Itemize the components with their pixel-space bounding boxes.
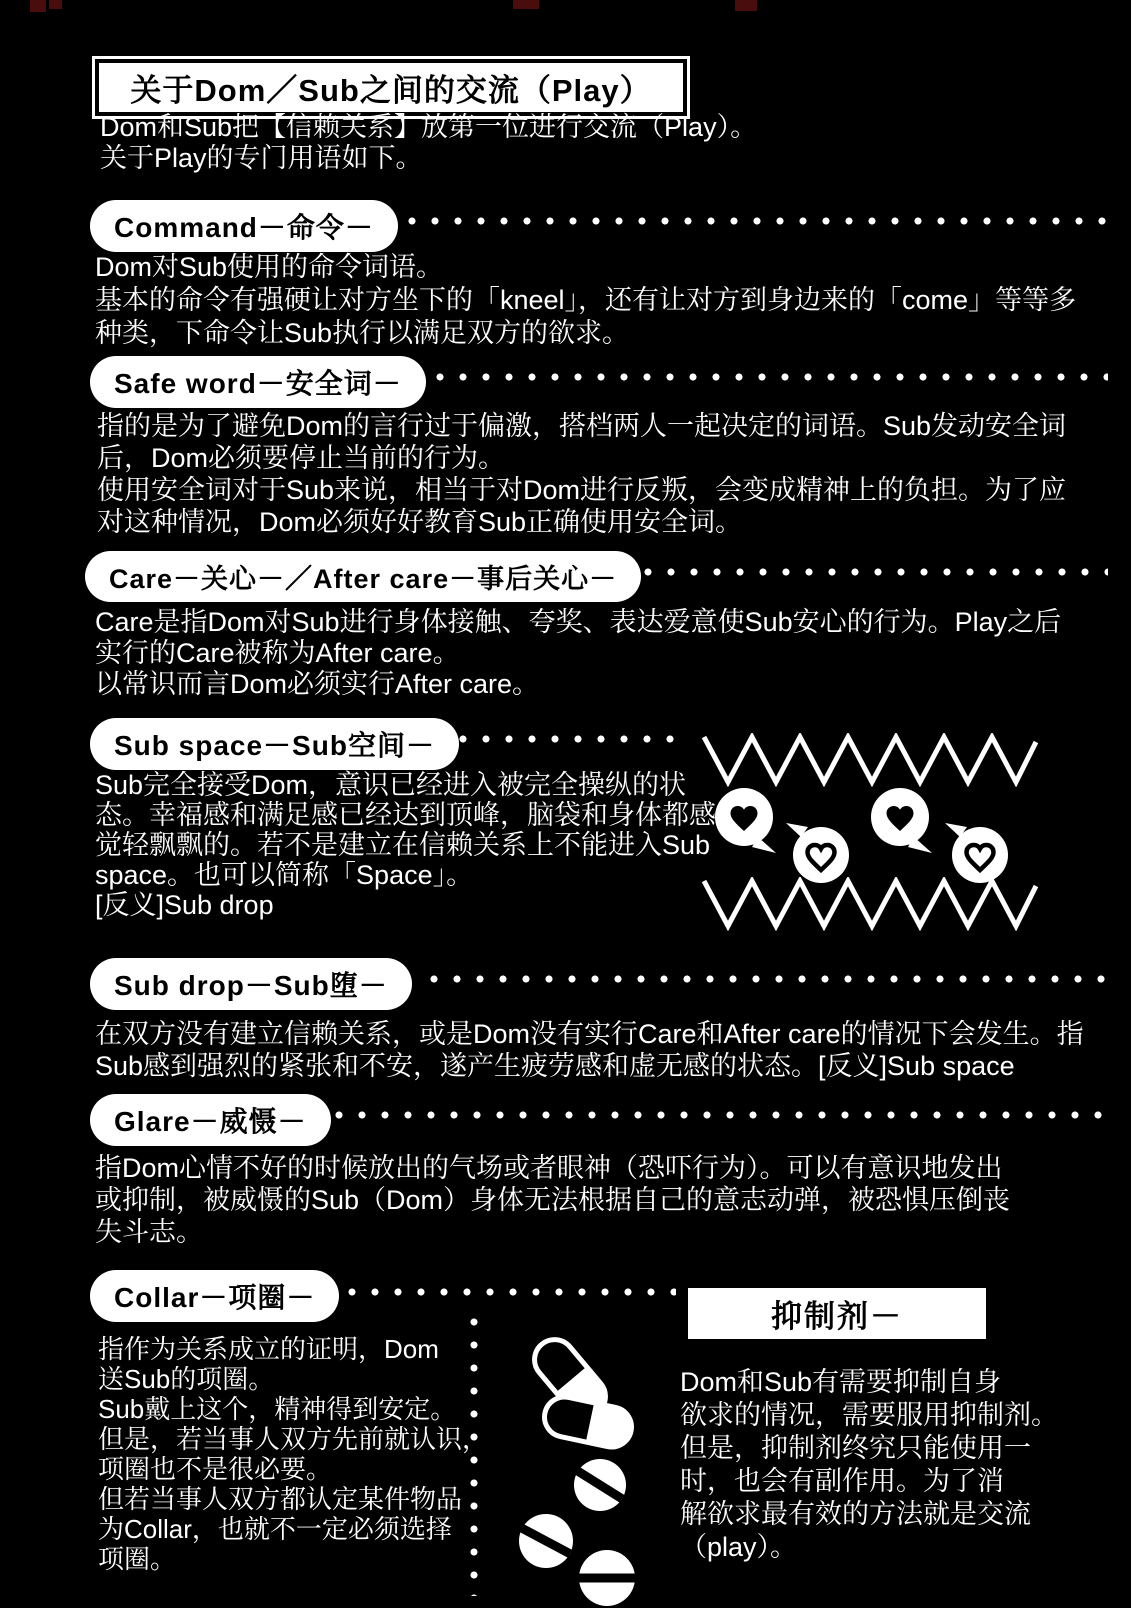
term-chip-glare: Glare－威慑－ bbox=[90, 1094, 331, 1146]
command-definition: Dom对Sub使用的命令词语。基本的命令有强硬让对方坐下的「kneel」，还有让… bbox=[95, 251, 1076, 350]
dotted-divider bbox=[348, 1288, 676, 1296]
round-tablet-icon bbox=[519, 1514, 573, 1568]
zigzag-line-icon bbox=[700, 877, 1040, 931]
term-chip-sub-drop: Sub drop－Sub堕－ bbox=[90, 958, 412, 1010]
dotted-divider bbox=[430, 975, 1108, 983]
term-chip-command: Command－命令－ bbox=[90, 200, 398, 252]
suppressant-title: 抑制剂－ bbox=[688, 1288, 986, 1339]
sub-drop-definition: 在双方没有建立信赖关系，或是Dom没有实行Care和After care的情况下… bbox=[95, 1018, 1084, 1082]
dotted-divider bbox=[575, 568, 1108, 576]
page-title: 关于Dom／Sub之间的交流（Play） bbox=[95, 59, 687, 116]
pills-illustration bbox=[500, 1330, 650, 1608]
sub-space-definition: Sub完全接受Dom，意识已经进入被完全操纵的状态。幸福感和满足感已经达到顶峰，… bbox=[95, 770, 716, 920]
dotted-divider bbox=[436, 735, 681, 743]
round-tablet-icon bbox=[574, 1459, 626, 1511]
dotted-divider bbox=[335, 1111, 1108, 1119]
term-chip-care: Care－关心－／After care－事后关心－ bbox=[85, 551, 641, 602]
collar-definition: 指作为关系成立的证明，Dom送Sub的项圈。Sub戴上这个，精神得到安定。但是，… bbox=[98, 1334, 488, 1574]
heart-speech-bubble-icon bbox=[871, 788, 932, 853]
intro-text: Dom和Sub把【信赖关系】放第一位进行交流（Play）。关于Play的专门用语… bbox=[100, 112, 757, 174]
safe-word-definition: 指的是为了避免Dom的言行过于偏激，搭档两人一起决定的词语。Sub发动安全词后，… bbox=[97, 410, 1066, 538]
round-tablet-icon bbox=[579, 1550, 635, 1606]
term-chip-sub-space: Sub space－Sub空间－ bbox=[90, 718, 459, 770]
print-artifact bbox=[735, 0, 757, 11]
term-chip-collar: Collar－项圈－ bbox=[90, 1270, 339, 1322]
dotted-divider bbox=[408, 217, 1108, 225]
term-chip-safe-word: Safe word－安全词－ bbox=[90, 356, 426, 408]
dotted-divider bbox=[436, 373, 1108, 381]
heart-speech-bubble-outline-icon bbox=[786, 823, 849, 883]
capsule-pill-icon bbox=[541, 1393, 635, 1450]
glossary-page: 关于Dom／Sub之间的交流（Play） Dom和Sub把【信赖关系】放第一位进… bbox=[0, 0, 1131, 1608]
glare-definition: 指Dom心情不好的时候放出的气场或者眼神（恐吓行为）。可以有意识地发出或抑制，被… bbox=[95, 1152, 1010, 1248]
heart-speech-bubble-outline-icon bbox=[945, 823, 1008, 883]
print-artifact bbox=[30, 0, 46, 12]
heart-speech-bubble-icon bbox=[715, 788, 776, 853]
print-artifact bbox=[49, 0, 62, 9]
print-artifact bbox=[513, 0, 539, 9]
care-definition: Care是指Dom对Sub进行身体接触、夸奖、表达爱意使Sub安心的行为。Pla… bbox=[95, 607, 1061, 700]
suppressant-definition: Dom和Sub有需要抑制自身欲求的情况，需要服用抑制剂。但是，抑制剂终究只能使用… bbox=[680, 1366, 1058, 1564]
